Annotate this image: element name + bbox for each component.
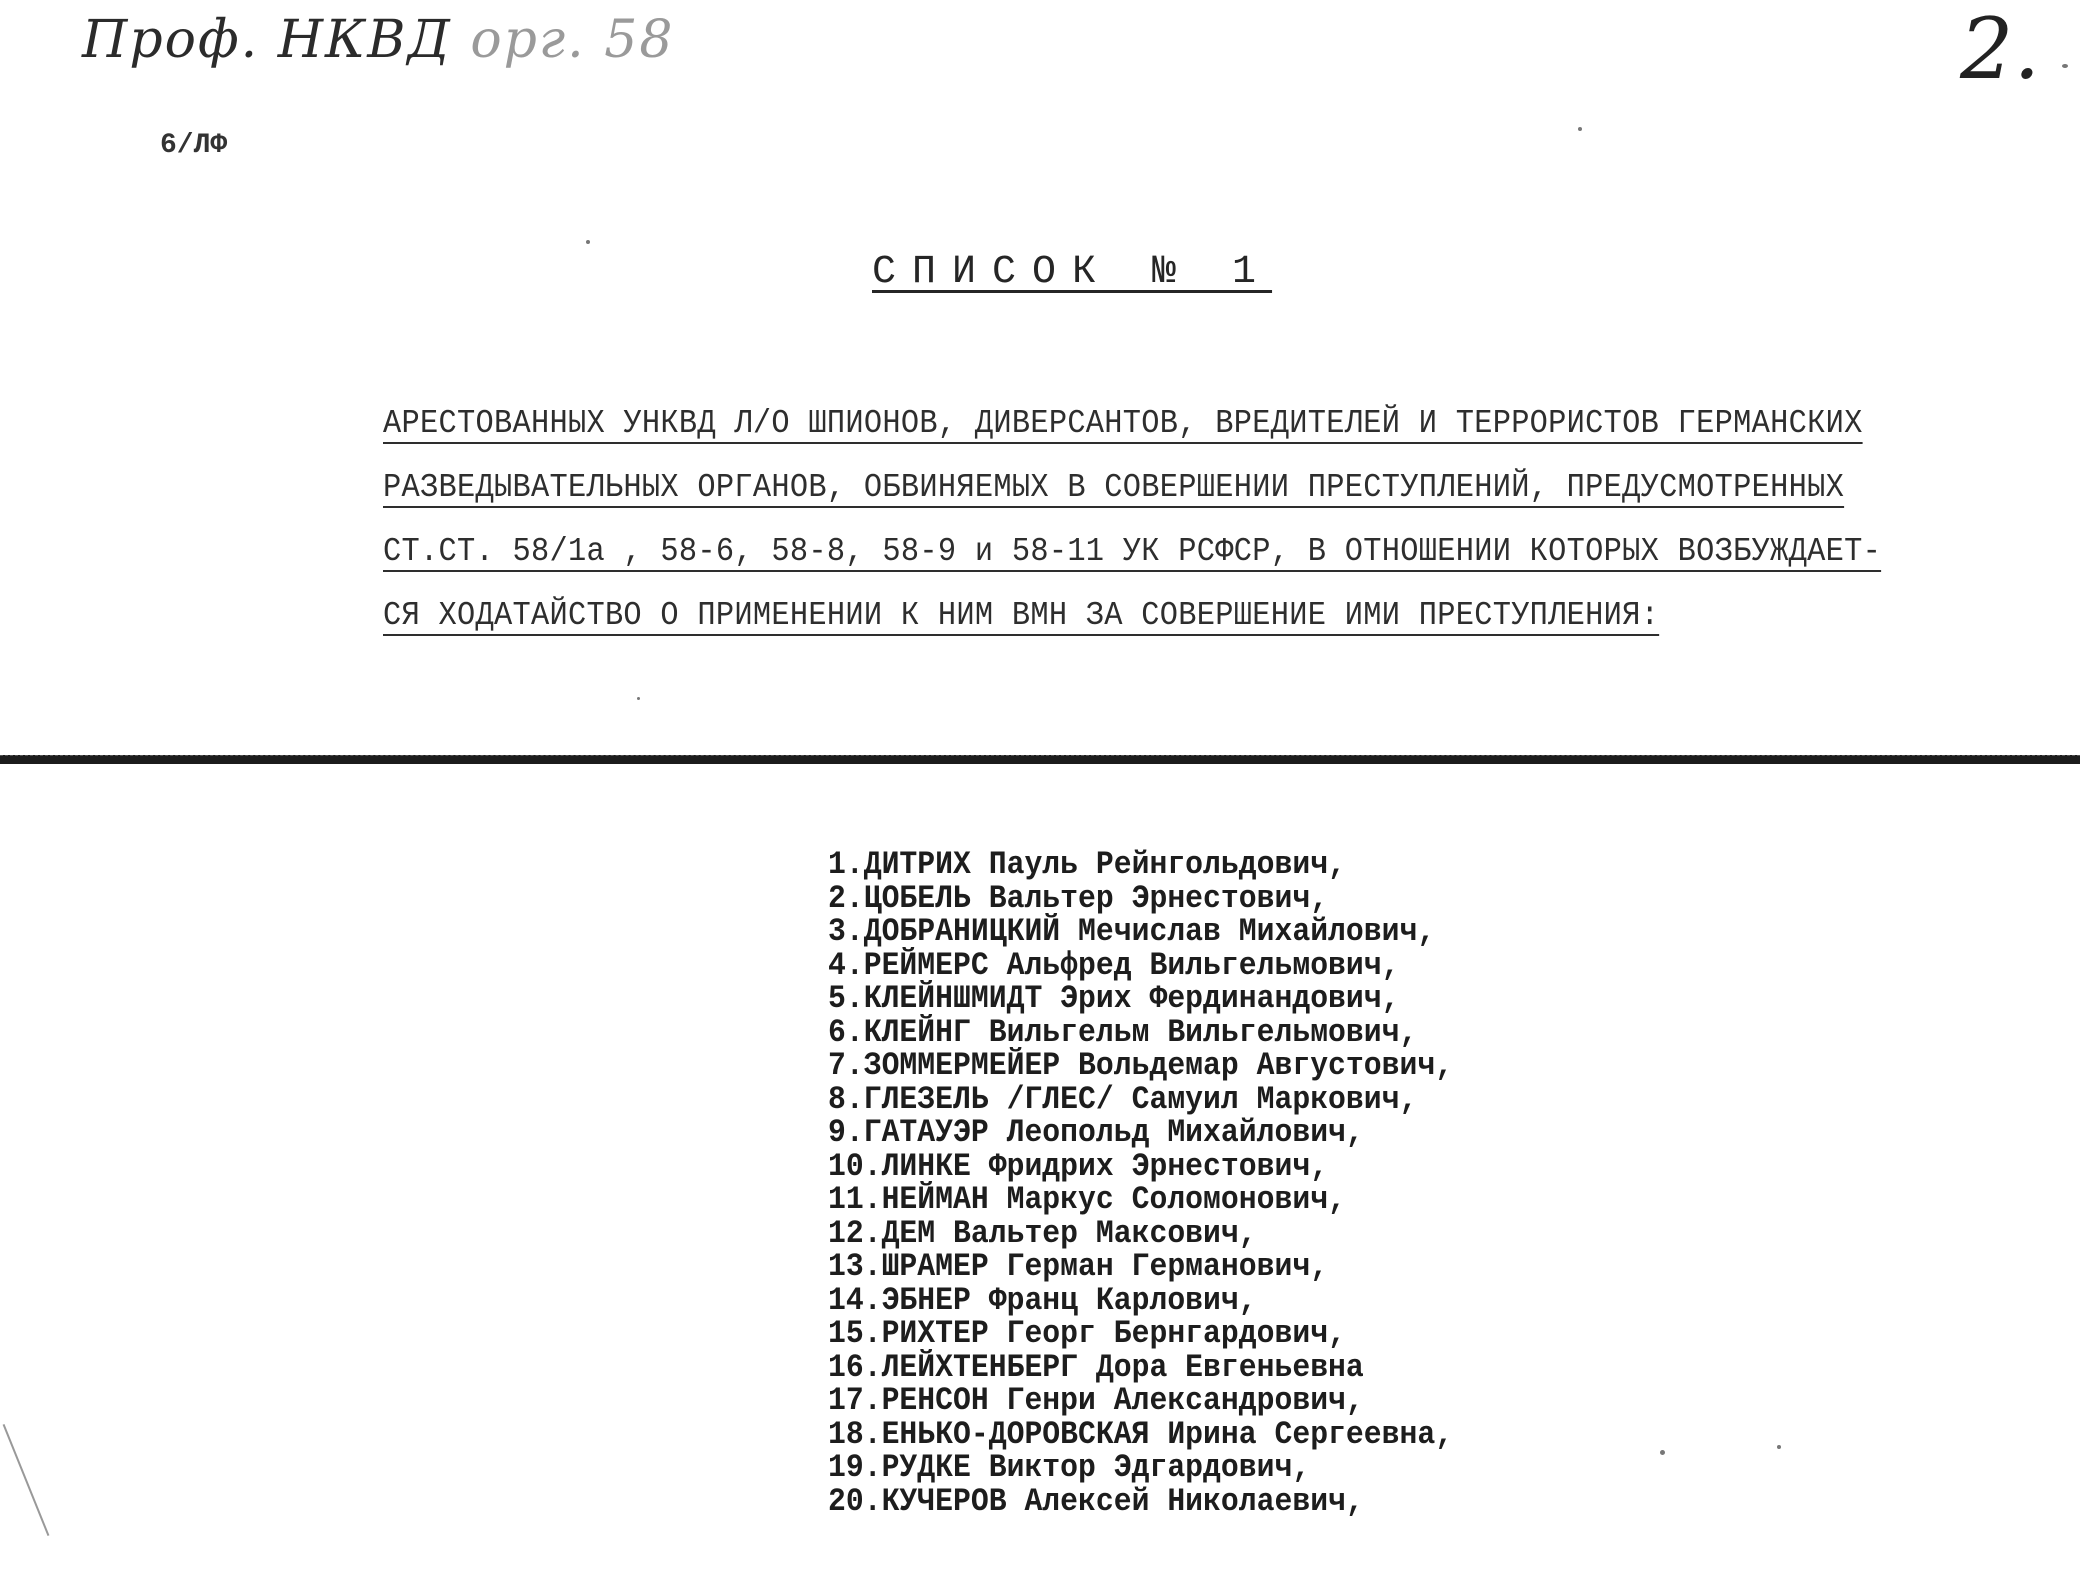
list-item: 7.ЗОММЕРМЕЙЕР Вольдемар Августович, <box>828 1049 1453 1083</box>
list-item: 19.РУДКЕ Виктор Эдгардович, <box>828 1451 1453 1485</box>
heading-line: АРЕСТОВАННЫХ УНКВД Л/О ШПИОНОВ, ДИВЕРСАН… <box>383 392 1873 456</box>
list-item: 18.ЕНЬКО-ДОРОВСКАЯ Ирина Сергеевна, <box>828 1418 1453 1452</box>
heading-line: РАЗВЕДЫВАТЕЛЬНЫХ ОРГАНОВ, ОБВИНЯЕМЫХ В С… <box>383 456 1873 520</box>
scan-scratch <box>3 1424 50 1536</box>
list-item: 13.ШРАМЕР Герман Германович, <box>828 1250 1453 1284</box>
horizontal-divider <box>0 755 2080 764</box>
list-item: 11.НЕЙМАН Маркус Соломонович, <box>828 1183 1453 1217</box>
handwritten-page-number: 2. <box>1960 0 2040 98</box>
list-item: 4.РЕЙМЕРС Альфред Вильгельмович, <box>828 949 1453 983</box>
list-item: 5.КЛЕЙНШМИДТ Эрих Фердинандович, <box>828 982 1453 1016</box>
list-item: 12.ДЕМ Вальтер Максович, <box>828 1217 1453 1251</box>
document-title: СПИСОК № 1 <box>872 250 1272 295</box>
list-item: 10.ЛИНКЕ Фридрих Эрнестович, <box>828 1150 1453 1184</box>
list-item: 6.КЛЕЙНГ Вильгельм Вильгельмович, <box>828 1016 1453 1050</box>
list-item: 9.ГАТАУЭР Леопольд Михайлович, <box>828 1116 1453 1150</box>
list-item: 17.РЕНСОН Генри Александрович, <box>828 1384 1453 1418</box>
scan-speck <box>586 240 590 244</box>
scan-speck <box>1578 127 1582 131</box>
list-item: 1.ДИТРИХ Пауль Рейнгольдович, <box>828 848 1453 882</box>
heading-line: СТ.СТ. 58/1а , 58-6, 58-8, 58-9 и 58-11 … <box>383 520 1873 584</box>
scan-speck <box>1660 1450 1665 1455</box>
scan-speck <box>1777 1445 1781 1449</box>
persons-list: 1.ДИТРИХ Пауль Рейнгольдович, 2.ЦОБЕЛЬ В… <box>828 848 1500 1518</box>
list-item: 14.ЭБНЕР Франц Карлович, <box>828 1284 1453 1318</box>
list-item: 3.ДОБРАНИЦКИЙ Мечислав Михайлович, <box>828 915 1453 949</box>
typed-document-code: 6/ЛФ <box>160 130 227 161</box>
handwritten-reference-note: Проф. НКВД орг. 58 <box>82 10 674 70</box>
scan-speck <box>637 697 640 700</box>
list-item: 20.КУЧЕРОВ Алексей Николаевич, <box>828 1485 1453 1519</box>
list-item: 16.ЛЕЙХТЕНБЕРГ Дора Евгеньевна <box>828 1351 1453 1385</box>
scan-speck <box>2062 64 2068 68</box>
document-heading: АРЕСТОВАННЫХ УНКВД Л/О ШПИОНОВ, ДИВЕРСАН… <box>383 392 2003 648</box>
list-item: 2.ЦОБЕЛЬ Вальтер Эрнестович, <box>828 882 1453 916</box>
list-item: 15.РИХТЕР Георг Бернгардович, <box>828 1317 1453 1351</box>
handwritten-reference-faint: орг. 58 <box>470 10 674 70</box>
heading-line: СЯ ХОДАТАЙСТВО О ПРИМЕНЕНИИ К НИМ ВМН ЗА… <box>383 584 1873 648</box>
list-item: 8.ГЛЕЗЕЛЬ /ГЛЕС/ Самуил Маркович, <box>828 1083 1453 1117</box>
handwritten-reference-main: Проф. НКВД <box>82 10 452 70</box>
